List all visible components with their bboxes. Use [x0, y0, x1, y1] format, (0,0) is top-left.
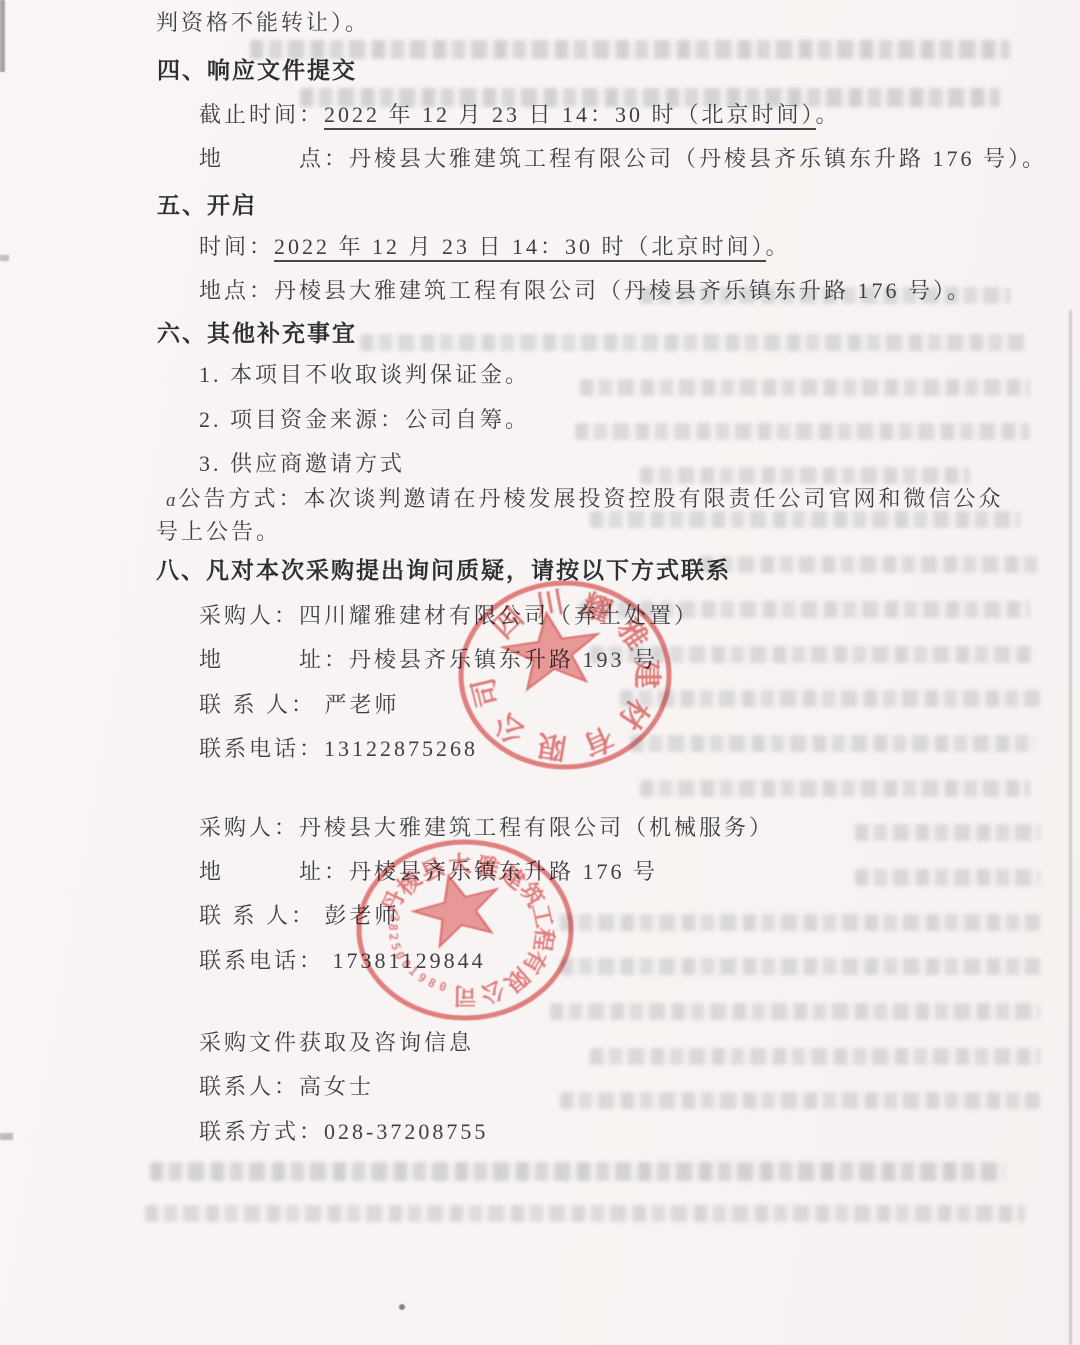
supplement-item-3: 3. 供应商邀请方式 [199, 449, 405, 479]
buyer2-phone-line: 联系电话： 17381129844 [199, 946, 486, 976]
opening-place-line: 地点：丹棱县大雅建筑工程有限公司（丹棱县齐乐镇东升路 176 号）。 [199, 276, 972, 306]
bleedthrough-text-smudge [560, 1092, 1040, 1109]
svg-text:公: 公 [477, 976, 507, 1007]
bleedthrough-text-smudge [560, 958, 1040, 975]
svg-text:2: 2 [386, 932, 401, 941]
buyer1-phone-line: 联系电话：13122875268 [199, 734, 478, 764]
supplement-item-2: 2. 项目资金来源：公司自筹。 [199, 405, 530, 435]
deadline-value: 2022 年 12 月 23 日 14：30 时（北京时间） [324, 102, 816, 130]
buyer1-name-line: 采购人：四川耀雅建材有限公司（弃土处置） [199, 601, 699, 631]
svg-text:8: 8 [425, 975, 438, 991]
svg-text:0: 0 [437, 979, 448, 995]
svg-text:限: 限 [535, 728, 569, 765]
deadline-line: 截止时间：2022 年 12 月 23 日 14：30 时（北京时间）。 [199, 100, 841, 130]
buyer2-name-line: 采购人：丹棱县大雅建筑工程有限公司（机械服务） [199, 813, 774, 843]
docinfo-contact-line: 联系人：高女士 [199, 1072, 374, 1102]
svg-text:程: 程 [529, 926, 558, 953]
opening-time-tail: 。 [766, 234, 791, 259]
scan-nick-artifact-1 [0, 255, 9, 261]
scan-corner-artifact [0, 0, 5, 72]
bleedthrough-text-smudge [550, 1003, 1040, 1020]
bleedthrough-text-smudge [250, 40, 1010, 59]
bleedthrough-text-smudge [580, 379, 1030, 396]
svg-text:有: 有 [518, 945, 552, 978]
svg-text:司: 司 [466, 674, 505, 710]
section6-heading: 六、其他补充事宜 [157, 318, 357, 348]
deadline-tail: 。 [816, 102, 841, 127]
svg-text:有: 有 [578, 720, 618, 762]
handwritten-mark: ɑ [166, 490, 176, 511]
scan-nick-artifact-2 [0, 1133, 13, 1140]
section8-heading: 八、凡对本次采购提出询问质疑，请按以下方式联系 [156, 555, 731, 585]
opening-time-value: 2022 年 12 月 23 日 14：30 时（北京时间） [274, 234, 766, 262]
bleedthrough-text-smudge [620, 690, 1040, 707]
docinfo-title-line: 采购文件获取及咨询信息 [199, 1028, 474, 1058]
section5-heading: 五、开启 [157, 190, 257, 220]
buyer1-contact-line: 联 系 人： 严老师 [199, 690, 400, 720]
notice-method-wrap-line: 号上公告。 [156, 517, 281, 547]
bleedthrough-text-smudge [150, 1162, 1005, 1181]
bleedthrough-text-smudge [145, 1205, 1025, 1222]
section4-heading: 四、响应文件提交 [157, 55, 357, 85]
buyer1-address-line: 地 址：丹棱县齐乐镇东升路 193 号 [199, 645, 658, 675]
opening-time-label: 时间： [199, 234, 274, 259]
docinfo-phone-line: 联系方式：028-37208755 [199, 1117, 488, 1147]
supplement-item-1: 1. 本项目不收取谈判保证金。 [199, 360, 530, 390]
svg-text:工: 工 [528, 902, 557, 930]
svg-text:限: 限 [500, 963, 534, 997]
buyer2-address-line: 地 址：丹棱县齐乐镇东升路 176 号 [199, 857, 658, 887]
scanned-document-page: 判资格不能转让）。 四、响应文件提交 截止时间：2022 年 12 月 23 日… [0, 0, 1080, 1345]
notice-method-text: 公告方式：本次谈判邀请在丹棱发展投资控股有限责任公司官网和微信公众 [179, 486, 1004, 511]
bleedthrough-text-smudge [855, 824, 1040, 841]
ink-speck [399, 1304, 405, 1310]
bleedthrough-text-smudge [700, 556, 1040, 573]
deadline-label: 截止时间： [199, 102, 324, 127]
svg-text:公: 公 [489, 706, 532, 749]
bleedthrough-text-smudge [590, 1048, 1040, 1065]
bleedthrough-text-smudge [560, 914, 1040, 931]
buyer2-contact-line: 联 系 人： 彭老师 [199, 901, 400, 931]
bleedthrough-text-smudge [360, 334, 1025, 351]
bleedthrough-text-smudge [575, 423, 1030, 440]
page-edge-line [1069, 310, 1072, 1345]
bleedthrough-text-smudge [855, 869, 1040, 886]
bleedthrough-text-smudge [640, 467, 970, 484]
opening-time-line: 时间：2022 年 12 月 23 日 14：30 时（北京时间）。 [199, 232, 791, 262]
notice-method-line: ɑ公告方式：本次谈判邀请在丹棱发展投资控股有限责任公司官网和微信公众 [166, 484, 1004, 516]
svg-text:司: 司 [454, 983, 477, 1008]
bleedthrough-text-smudge [640, 780, 1030, 797]
intro-tail-line: 判资格不能转让）。 [156, 8, 370, 38]
submission-place-line: 地 点：丹棱县大雅建筑工程有限公司（丹棱县齐乐镇东升路 176 号）。 [199, 144, 1047, 174]
bleedthrough-text-smudge [630, 735, 1035, 752]
